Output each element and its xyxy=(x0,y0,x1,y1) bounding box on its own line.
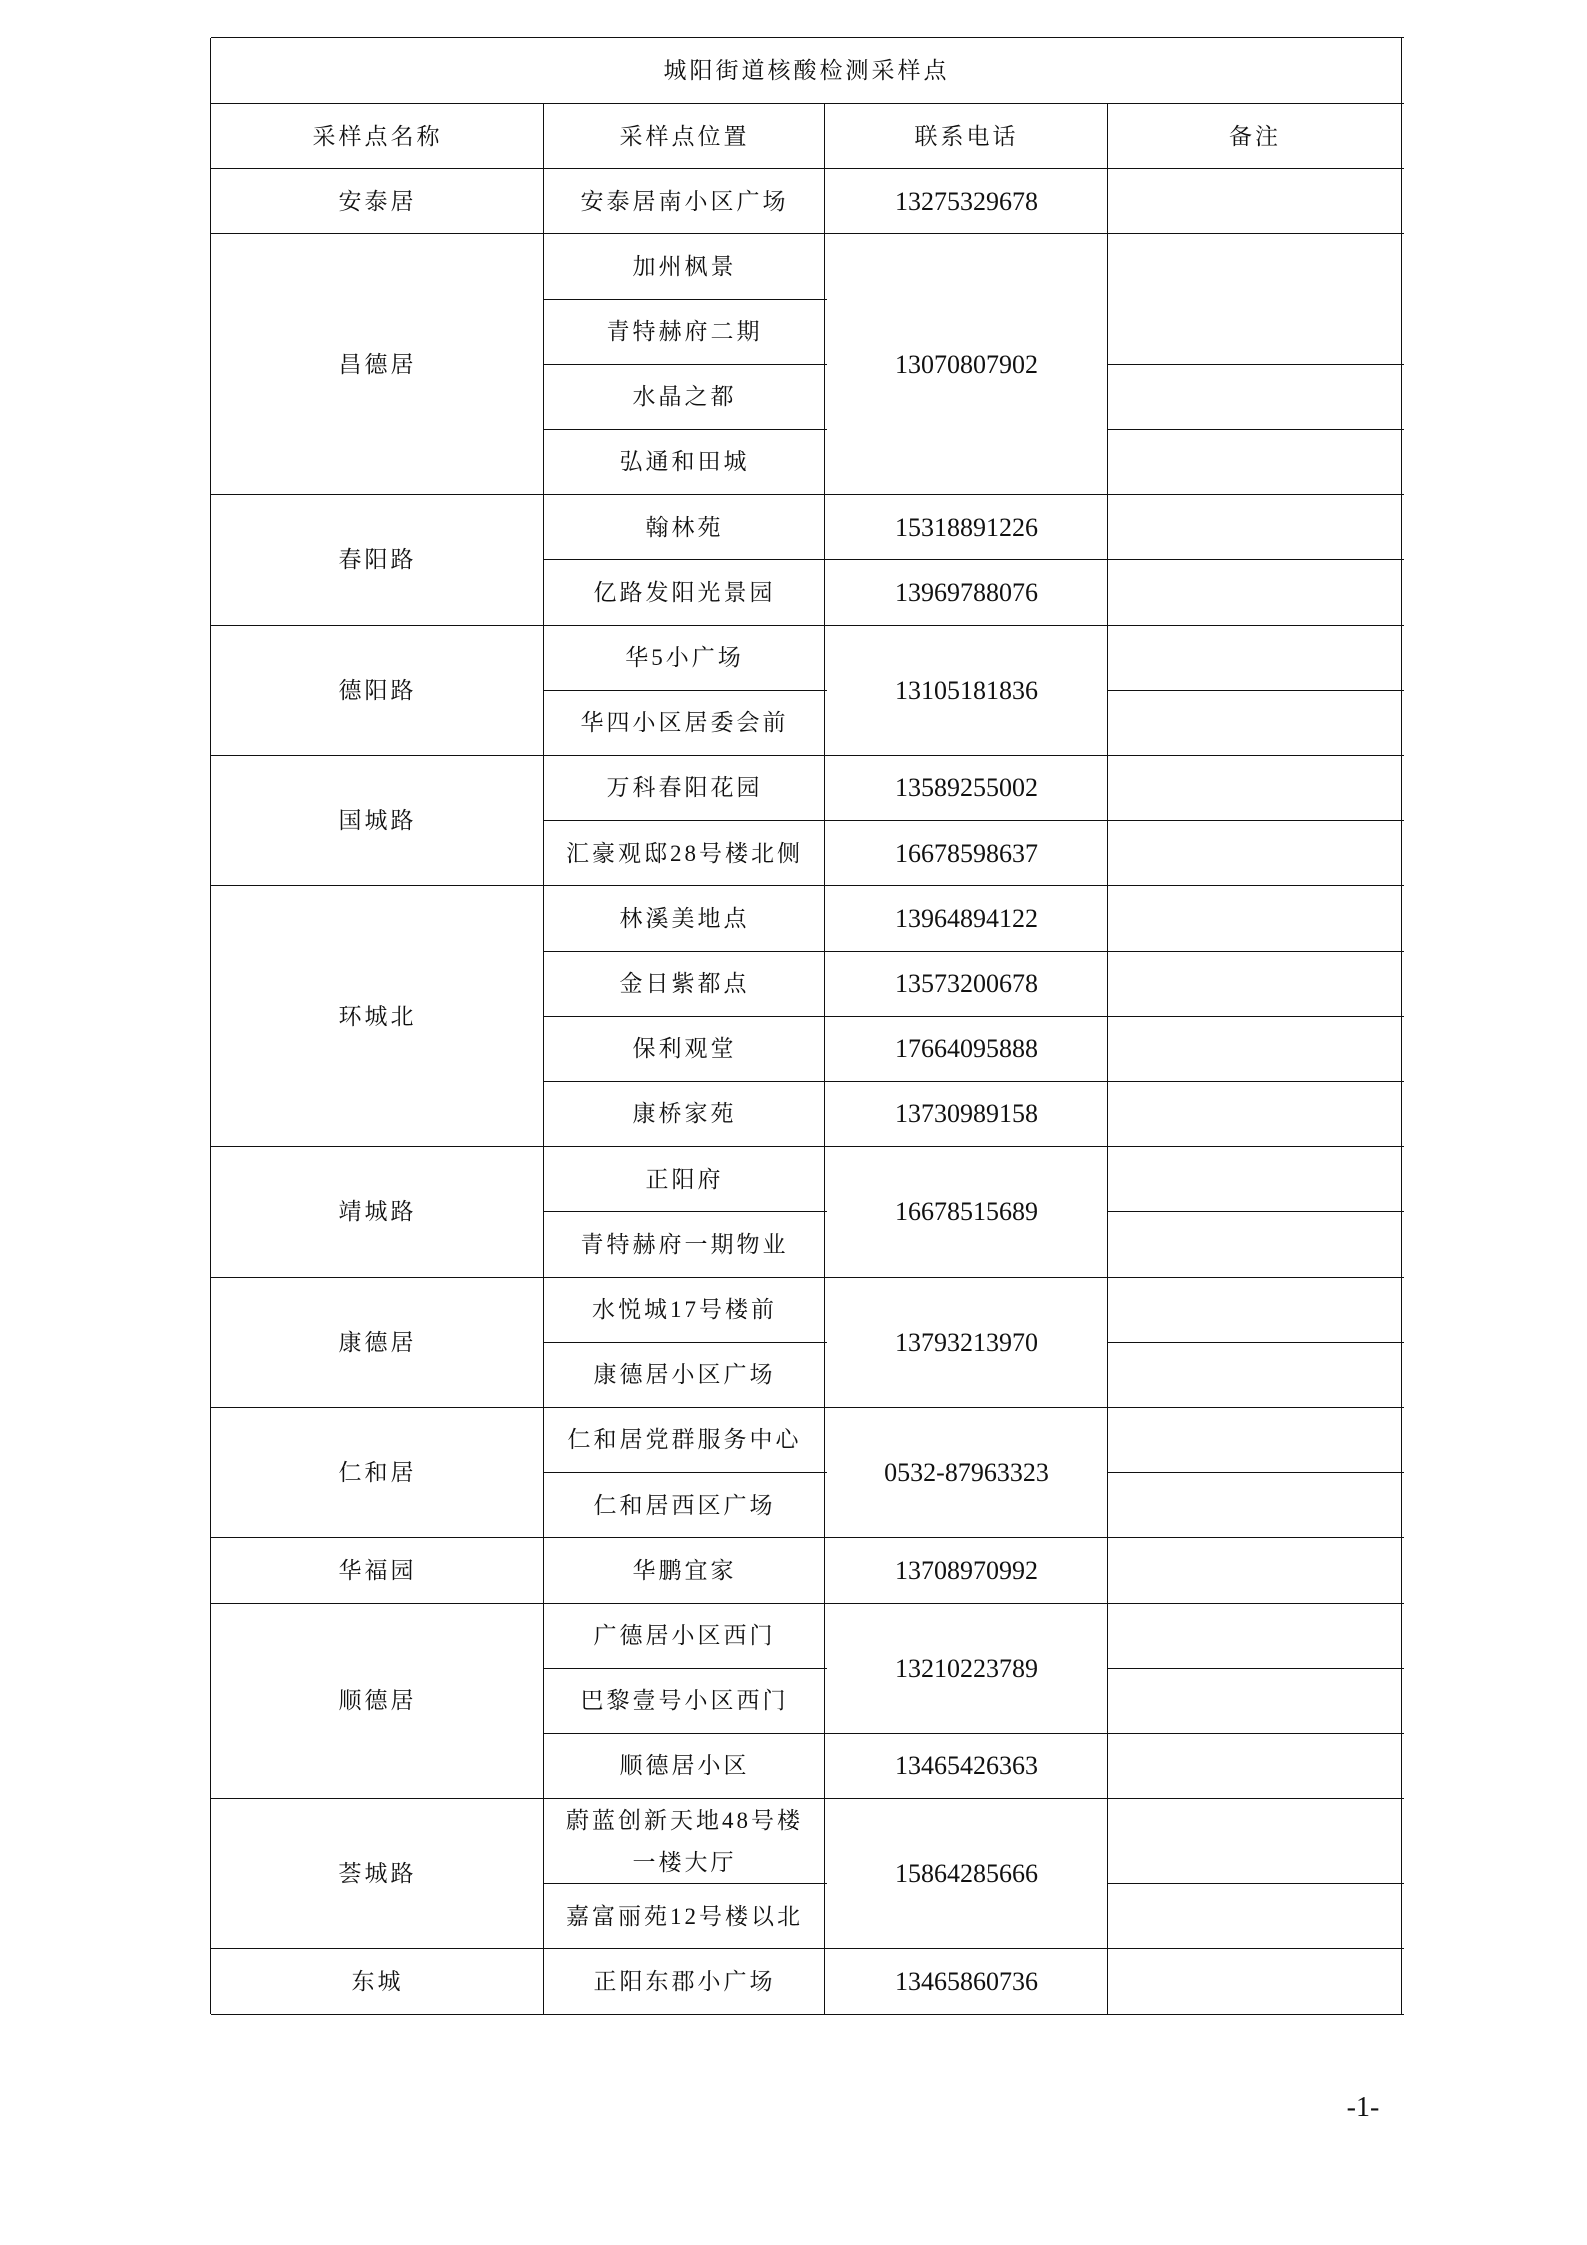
remarks-cell xyxy=(1108,495,1402,560)
remarks-cell xyxy=(1108,1734,1402,1799)
table-rule-horizontal xyxy=(1108,1883,1404,1884)
site-location-cell: 万科春阳花园 xyxy=(544,756,825,821)
table-rule-vertical xyxy=(824,169,825,234)
site-location-cell: 水晶之都 xyxy=(544,365,825,430)
table-rule-horizontal xyxy=(825,559,1110,560)
contact-phone-cell: 15318891226 xyxy=(825,495,1108,560)
table-rule-horizontal xyxy=(1108,690,1404,691)
contact-phone-cell: 16678515689 xyxy=(825,1147,1108,1277)
site-name-cell: 荟城路 xyxy=(211,1799,544,1949)
table-rule-vertical xyxy=(1107,886,1108,1147)
contact-phone-cell: 13070807902 xyxy=(825,234,1108,495)
table-rule-vertical xyxy=(210,38,211,2014)
table-rule-vertical xyxy=(1107,495,1108,625)
table-rule-horizontal xyxy=(544,1733,827,1734)
table-rule-horizontal xyxy=(825,1016,1110,1017)
contact-phone-cell: 13708970992 xyxy=(825,1538,1108,1603)
table-rule-horizontal xyxy=(1108,1342,1404,1343)
table-rule-horizontal xyxy=(544,429,827,430)
table-rule-vertical xyxy=(543,104,544,169)
contact-phone-cell: 13793213970 xyxy=(825,1277,1108,1407)
table-rule-vertical xyxy=(543,234,544,495)
table-rule-vertical xyxy=(824,625,825,755)
remarks-cell xyxy=(1108,821,1402,886)
table-rule-horizontal xyxy=(544,1081,827,1082)
remarks-cell xyxy=(1108,1408,1402,1473)
remarks-cell xyxy=(1108,691,1402,756)
site-location-cell: 嘉富丽苑12号楼以北 xyxy=(544,1884,825,1949)
site-location-cell: 华鹏宜家 xyxy=(544,1538,825,1603)
remarks-cell xyxy=(1108,756,1402,821)
table-rule-vertical xyxy=(824,1147,825,1277)
table-rule-horizontal xyxy=(1108,951,1404,952)
site-location-cell: 正阳东郡小广场 xyxy=(544,1949,825,2014)
table-rule-horizontal xyxy=(211,2014,1404,2015)
site-name-cell: 国城路 xyxy=(211,756,544,886)
contact-phone-cell: 16678598637 xyxy=(825,821,1108,886)
table-rule-horizontal xyxy=(544,364,827,365)
table-rule-horizontal xyxy=(544,1342,827,1343)
site-location-cell: 金日紫都点 xyxy=(544,951,825,1016)
site-location-cell: 仁和居党群服务中心 xyxy=(544,1408,825,1473)
table-rule-vertical xyxy=(1107,1603,1108,1799)
table-rule-vertical xyxy=(1107,1949,1108,2014)
table-rule-horizontal xyxy=(1108,1016,1404,1017)
table-rule-vertical xyxy=(1107,104,1108,169)
table-rule-horizontal xyxy=(1108,1211,1404,1212)
site-name-cell: 东城 xyxy=(211,1949,544,2014)
remarks-cell xyxy=(1108,1949,1402,2014)
table-rule-vertical xyxy=(824,1408,825,1538)
site-location-cell: 青特赫府一期物业 xyxy=(544,1212,825,1277)
table-rule-horizontal xyxy=(1108,1081,1404,1082)
site-location-cell: 亿路发阳光景园 xyxy=(544,560,825,625)
remarks-cell xyxy=(1108,1147,1402,1212)
table-rule-horizontal xyxy=(825,951,1110,952)
site-name-cell: 康德居 xyxy=(211,1277,544,1407)
site-location-cell: 正阳府 xyxy=(544,1147,825,1212)
table-rule-vertical xyxy=(824,495,825,625)
table-rule-vertical xyxy=(543,1603,544,1799)
remarks-cell xyxy=(1108,1017,1402,1082)
contact-phone-cell: 13573200678 xyxy=(825,951,1108,1016)
table-rule-horizontal xyxy=(825,1081,1110,1082)
table-rule-vertical xyxy=(543,756,544,886)
table-rule-vertical xyxy=(824,1277,825,1407)
table-rule-vertical xyxy=(824,104,825,169)
remarks-cell xyxy=(1108,951,1402,1016)
sampling-sites-table: 城阳街道核酸检测采样点采样点名称采样点位置联系电话备注安泰居安泰居南小区广场13… xyxy=(211,38,1402,2016)
remarks-cell xyxy=(1108,886,1402,951)
site-name-cell: 环城北 xyxy=(211,886,544,1147)
table-rule-horizontal xyxy=(544,1016,827,1017)
table-rule-vertical xyxy=(824,1799,825,1949)
table-rule-horizontal xyxy=(1108,429,1404,430)
remarks-cell xyxy=(1108,1884,1402,1949)
table-rule-vertical xyxy=(543,1147,544,1277)
contact-phone-cell: 17664095888 xyxy=(825,1017,1108,1082)
table-rule-vertical xyxy=(824,234,825,495)
remarks-cell xyxy=(1108,1212,1402,1277)
table-rule-vertical xyxy=(543,1538,544,1603)
site-location-cell: 蔚蓝创新天地48号楼 一楼大厅 xyxy=(544,1799,825,1884)
table-rule-vertical xyxy=(543,625,544,755)
contact-phone-cell: 13730989158 xyxy=(825,1082,1108,1147)
table-rule-horizontal xyxy=(825,1733,1110,1734)
remarks-cell xyxy=(1108,169,1402,234)
contact-phone-cell: 13210223789 xyxy=(825,1603,1108,1733)
table-rule-vertical xyxy=(1107,1147,1108,1277)
table-rule-vertical xyxy=(824,1949,825,2014)
table-rule-vertical xyxy=(1107,169,1108,234)
site-location-cell: 顺德居小区 xyxy=(544,1734,825,1799)
contact-phone-cell: 13589255002 xyxy=(825,756,1108,821)
table-rule-vertical xyxy=(543,495,544,625)
table-rule-vertical xyxy=(824,1603,825,1799)
remarks-cell xyxy=(1108,1538,1402,1603)
remarks-cell xyxy=(1108,1343,1402,1408)
document-page: 城阳街道核酸检测采样点采样点名称采样点位置联系电话备注安泰居安泰居南小区广场13… xyxy=(0,0,1587,2245)
remarks-cell xyxy=(1108,625,1402,690)
page-number: -1- xyxy=(1325,2090,1401,2126)
table-rule-vertical xyxy=(1401,38,1402,2014)
site-location-cell: 广德居小区西门 xyxy=(544,1603,825,1668)
table-rule-horizontal xyxy=(544,299,827,300)
table-rule-horizontal xyxy=(1108,559,1404,560)
table-rule-horizontal xyxy=(1108,1668,1404,1669)
table-rule-vertical xyxy=(1107,1277,1108,1407)
remarks-cell xyxy=(1108,1799,1402,1884)
table-rule-horizontal xyxy=(1108,364,1404,365)
table-rule-vertical xyxy=(1107,756,1108,886)
site-name-cell: 仁和居 xyxy=(211,1408,544,1538)
header-remarks: 备注 xyxy=(1108,104,1402,169)
table-rule-horizontal xyxy=(544,951,827,952)
table-rule-horizontal xyxy=(544,1472,827,1473)
header-site-location: 采样点位置 xyxy=(544,104,825,169)
table-rule-horizontal xyxy=(544,1668,827,1669)
table-rule-horizontal xyxy=(1108,1472,1404,1473)
site-name-cell: 春阳路 xyxy=(211,495,544,625)
site-location-cell: 华5小广场 xyxy=(544,625,825,690)
table-rule-vertical xyxy=(824,886,825,1147)
remarks-cell xyxy=(1108,1277,1402,1342)
table-rule-horizontal xyxy=(544,1211,827,1212)
site-location-cell: 汇豪观邸28号楼北侧 xyxy=(544,821,825,886)
table-rule-horizontal xyxy=(1108,1733,1404,1734)
site-name-cell: 靖城路 xyxy=(211,1147,544,1277)
table-rule-horizontal xyxy=(544,559,827,560)
contact-phone-cell: 13105181836 xyxy=(825,625,1108,755)
table-rule-vertical xyxy=(543,1949,544,2014)
site-name-cell: 安泰居 xyxy=(211,169,544,234)
site-name-cell: 华福园 xyxy=(211,1538,544,1603)
site-name-cell: 顺德居 xyxy=(211,1603,544,1799)
remarks-cell xyxy=(1108,365,1402,430)
header-contact-phone: 联系电话 xyxy=(825,104,1108,169)
contact-phone-cell: 13969788076 xyxy=(825,560,1108,625)
table-rule-vertical xyxy=(824,1538,825,1603)
table-rule-horizontal xyxy=(1108,820,1404,821)
site-location-cell: 仁和居西区广场 xyxy=(544,1473,825,1538)
contact-phone-cell: 15864285666 xyxy=(825,1799,1108,1949)
site-name-cell: 昌德居 xyxy=(211,234,544,495)
site-location-cell: 安泰居南小区广场 xyxy=(544,169,825,234)
site-location-cell: 水悦城17号楼前 xyxy=(544,1277,825,1342)
remarks-cell xyxy=(1108,430,1402,495)
table-title: 城阳街道核酸检测采样点 xyxy=(211,38,1402,104)
remarks-cell xyxy=(1108,234,1402,364)
table-rule-vertical xyxy=(543,1277,544,1407)
site-location-cell: 康桥家苑 xyxy=(544,1082,825,1147)
table-rule-vertical xyxy=(543,1799,544,1949)
contact-phone-cell: 13275329678 xyxy=(825,169,1108,234)
remarks-cell xyxy=(1108,1473,1402,1538)
site-location-cell: 翰林苑 xyxy=(544,495,825,560)
table-rule-vertical xyxy=(1107,1408,1108,1538)
remarks-cell xyxy=(1108,1603,1402,1668)
table-rule-horizontal xyxy=(825,820,1110,821)
site-location-cell: 康德居小区广场 xyxy=(544,1343,825,1408)
table-rule-vertical xyxy=(543,1408,544,1538)
site-location-cell: 加州枫景 xyxy=(544,234,825,299)
site-location-cell: 青特赫府二期 xyxy=(544,299,825,364)
table-rule-vertical xyxy=(1107,1538,1108,1603)
contact-phone-cell: 0532-87963323 xyxy=(825,1408,1108,1538)
table-rule-horizontal xyxy=(544,820,827,821)
site-location-cell: 巴黎壹号小区西门 xyxy=(544,1669,825,1734)
remarks-cell xyxy=(1108,1082,1402,1147)
table-rule-vertical xyxy=(824,756,825,886)
site-location-cell: 华四小区居委会前 xyxy=(544,691,825,756)
site-location-cell: 林溪美地点 xyxy=(544,886,825,951)
table-rule-vertical xyxy=(543,886,544,1147)
site-location-cell: 弘通和田城 xyxy=(544,430,825,495)
contact-phone-cell: 13964894122 xyxy=(825,886,1108,951)
table-rule-horizontal xyxy=(211,37,1404,38)
contact-phone-cell: 13465426363 xyxy=(825,1734,1108,1799)
table-rule-vertical xyxy=(1107,234,1108,495)
site-name-cell: 德阳路 xyxy=(211,625,544,755)
site-location-cell: 保利观堂 xyxy=(544,1017,825,1082)
contact-phone-cell: 13465860736 xyxy=(825,1949,1108,2014)
table-rule-horizontal xyxy=(544,1883,827,1884)
table-rule-vertical xyxy=(1107,625,1108,755)
header-site-name: 采样点名称 xyxy=(211,104,544,169)
table-rule-vertical xyxy=(1107,1799,1108,1949)
table-rule-horizontal xyxy=(544,690,827,691)
remarks-cell xyxy=(1108,560,1402,625)
table-rule-vertical xyxy=(543,169,544,234)
remarks-cell xyxy=(1108,1669,1402,1734)
